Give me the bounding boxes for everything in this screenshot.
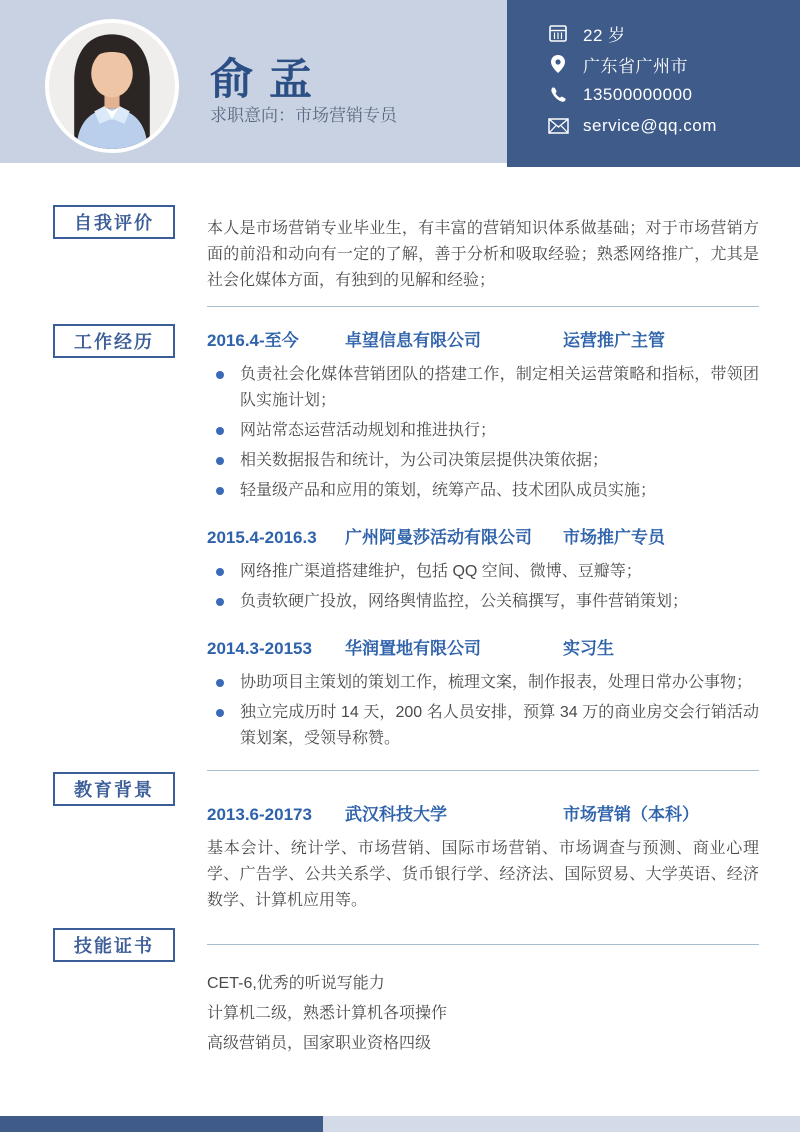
candidate-name: 俞 孟 — [210, 46, 314, 107]
job-header: 2014.3-20153 华润置地有限公司 实习生 — [207, 637, 759, 661]
job-title: 实习生 — [563, 637, 759, 661]
skill-item: CET-6,优秀的听说写能力 — [207, 969, 759, 999]
skill-item: 高级营销员，国家职业资格四级 — [207, 1029, 759, 1059]
job-period: 2015.4-2016.3 — [207, 526, 345, 550]
job-bullet: 轻量级产品和应用的策划，统筹产品、技术团队成员实施； — [207, 478, 759, 504]
job-title: 市场推广专员 — [563, 526, 759, 550]
job-bullet: 相关数据报告和统计，为公司决策层提供决策依据； — [207, 448, 759, 474]
resume-content: 本人是市场营销专业毕业生，有丰富的营销知识体系做基础；对于市场营销方面的前沿和动… — [207, 216, 759, 1059]
job-company: 广州阿曼莎活动有限公司 — [345, 526, 563, 550]
phone-icon — [547, 85, 569, 105]
education-school: 武汉科技大学 — [345, 803, 563, 827]
age-value: 22 岁 — [583, 21, 626, 46]
contact-email: service@qq.com — [547, 114, 800, 138]
phone-value: 13500000000 — [583, 85, 693, 105]
avatar-illustration — [49, 23, 175, 149]
job-bullet: 协助项目主策划的策划工作，梳理文案，制作报表，处理日常办公事物； — [207, 670, 759, 696]
job-objective: 求职意向：市场营销专员 — [210, 101, 397, 126]
location-value: 广东省广州市 — [583, 52, 688, 77]
email-value: service@qq.com — [583, 116, 717, 136]
job-title: 运营推广主管 — [563, 329, 759, 353]
section-label-work-experience: 工作经历 — [53, 324, 175, 358]
job-bullet: 网络推广渠道搭建维护，包括 QQ 空间、微博、豆瓣等； — [207, 559, 759, 585]
job-period: 2014.3-20153 — [207, 637, 345, 661]
job-bullet: 负责软硬广投放，网络舆情监控，公关稿撰写，事件营销策划； — [207, 589, 759, 615]
location-icon — [547, 54, 569, 74]
education-major: 市场营销（本科） — [563, 803, 759, 827]
contact-location: 广东省广州市 — [547, 52, 800, 76]
email-icon — [547, 116, 569, 136]
section-divider — [207, 306, 759, 307]
section-label-skills: 技能证书 — [53, 928, 175, 962]
job-header: 2015.4-2016.3 广州阿曼莎活动有限公司 市场推广专员 — [207, 526, 759, 550]
education-period: 2013.6-20173 — [207, 803, 345, 827]
job-bullet-list: 协助项目主策划的策划工作，梳理文案，制作报表，处理日常办公事物； 独立完成历时 … — [207, 670, 759, 752]
section-label-self-evaluation: 自我评价 — [53, 205, 175, 239]
section-divider — [207, 770, 759, 771]
contact-age: 22 岁 — [547, 21, 800, 45]
footer-bar-dark — [0, 1116, 323, 1132]
education-header: 2013.6-20173 武汉科技大学 市场营销（本科） — [207, 803, 759, 827]
calendar-icon — [547, 23, 569, 43]
skill-list: CET-6,优秀的听说写能力 计算机二级，熟悉计算机各项操作 高级营销员，国家职… — [207, 969, 759, 1059]
profile-photo — [45, 19, 179, 153]
education-courses: 基本会计、统计学、市场营销、国际市场营销、市场调查与预测、商业心理学、广告学、公… — [207, 836, 759, 914]
footer-bar-light — [323, 1116, 800, 1132]
job-bullet-list: 负责社会化媒体营销团队的搭建工作，制定相关运营策略和指标，带领团队实施计划； 网… — [207, 362, 759, 504]
job-bullet: 负责社会化媒体营销团队的搭建工作，制定相关运营策略和指标，带领团队实施计划； — [207, 362, 759, 414]
job-bullet: 网站常态运营活动规划和推进执行； — [207, 418, 759, 444]
job-header: 2016.4-至今 卓望信息有限公司 运营推广主管 — [207, 329, 759, 353]
job-company: 华润置地有限公司 — [345, 637, 563, 661]
job-bullet: 独立完成历时 14 天，200 名人员安排，预算 34 万的商业房交会行销活动策… — [207, 700, 759, 752]
contact-panel: 22 岁 广东省广州市 13500000000 service@qq.com — [507, 0, 800, 167]
section-divider — [207, 944, 759, 945]
contact-phone: 13500000000 — [547, 83, 800, 107]
skill-item: 计算机二级，熟悉计算机各项操作 — [207, 999, 759, 1029]
section-label-education: 教育背景 — [53, 772, 175, 806]
job-company: 卓望信息有限公司 — [345, 329, 563, 353]
self-evaluation-text: 本人是市场营销专业毕业生，有丰富的营销知识体系做基础；对于市场营销方面的前沿和动… — [207, 216, 759, 294]
job-period: 2016.4-至今 — [207, 329, 345, 353]
job-bullet-list: 网络推广渠道搭建维护，包括 QQ 空间、微博、豆瓣等； 负责软硬广投放，网络舆情… — [207, 559, 759, 615]
